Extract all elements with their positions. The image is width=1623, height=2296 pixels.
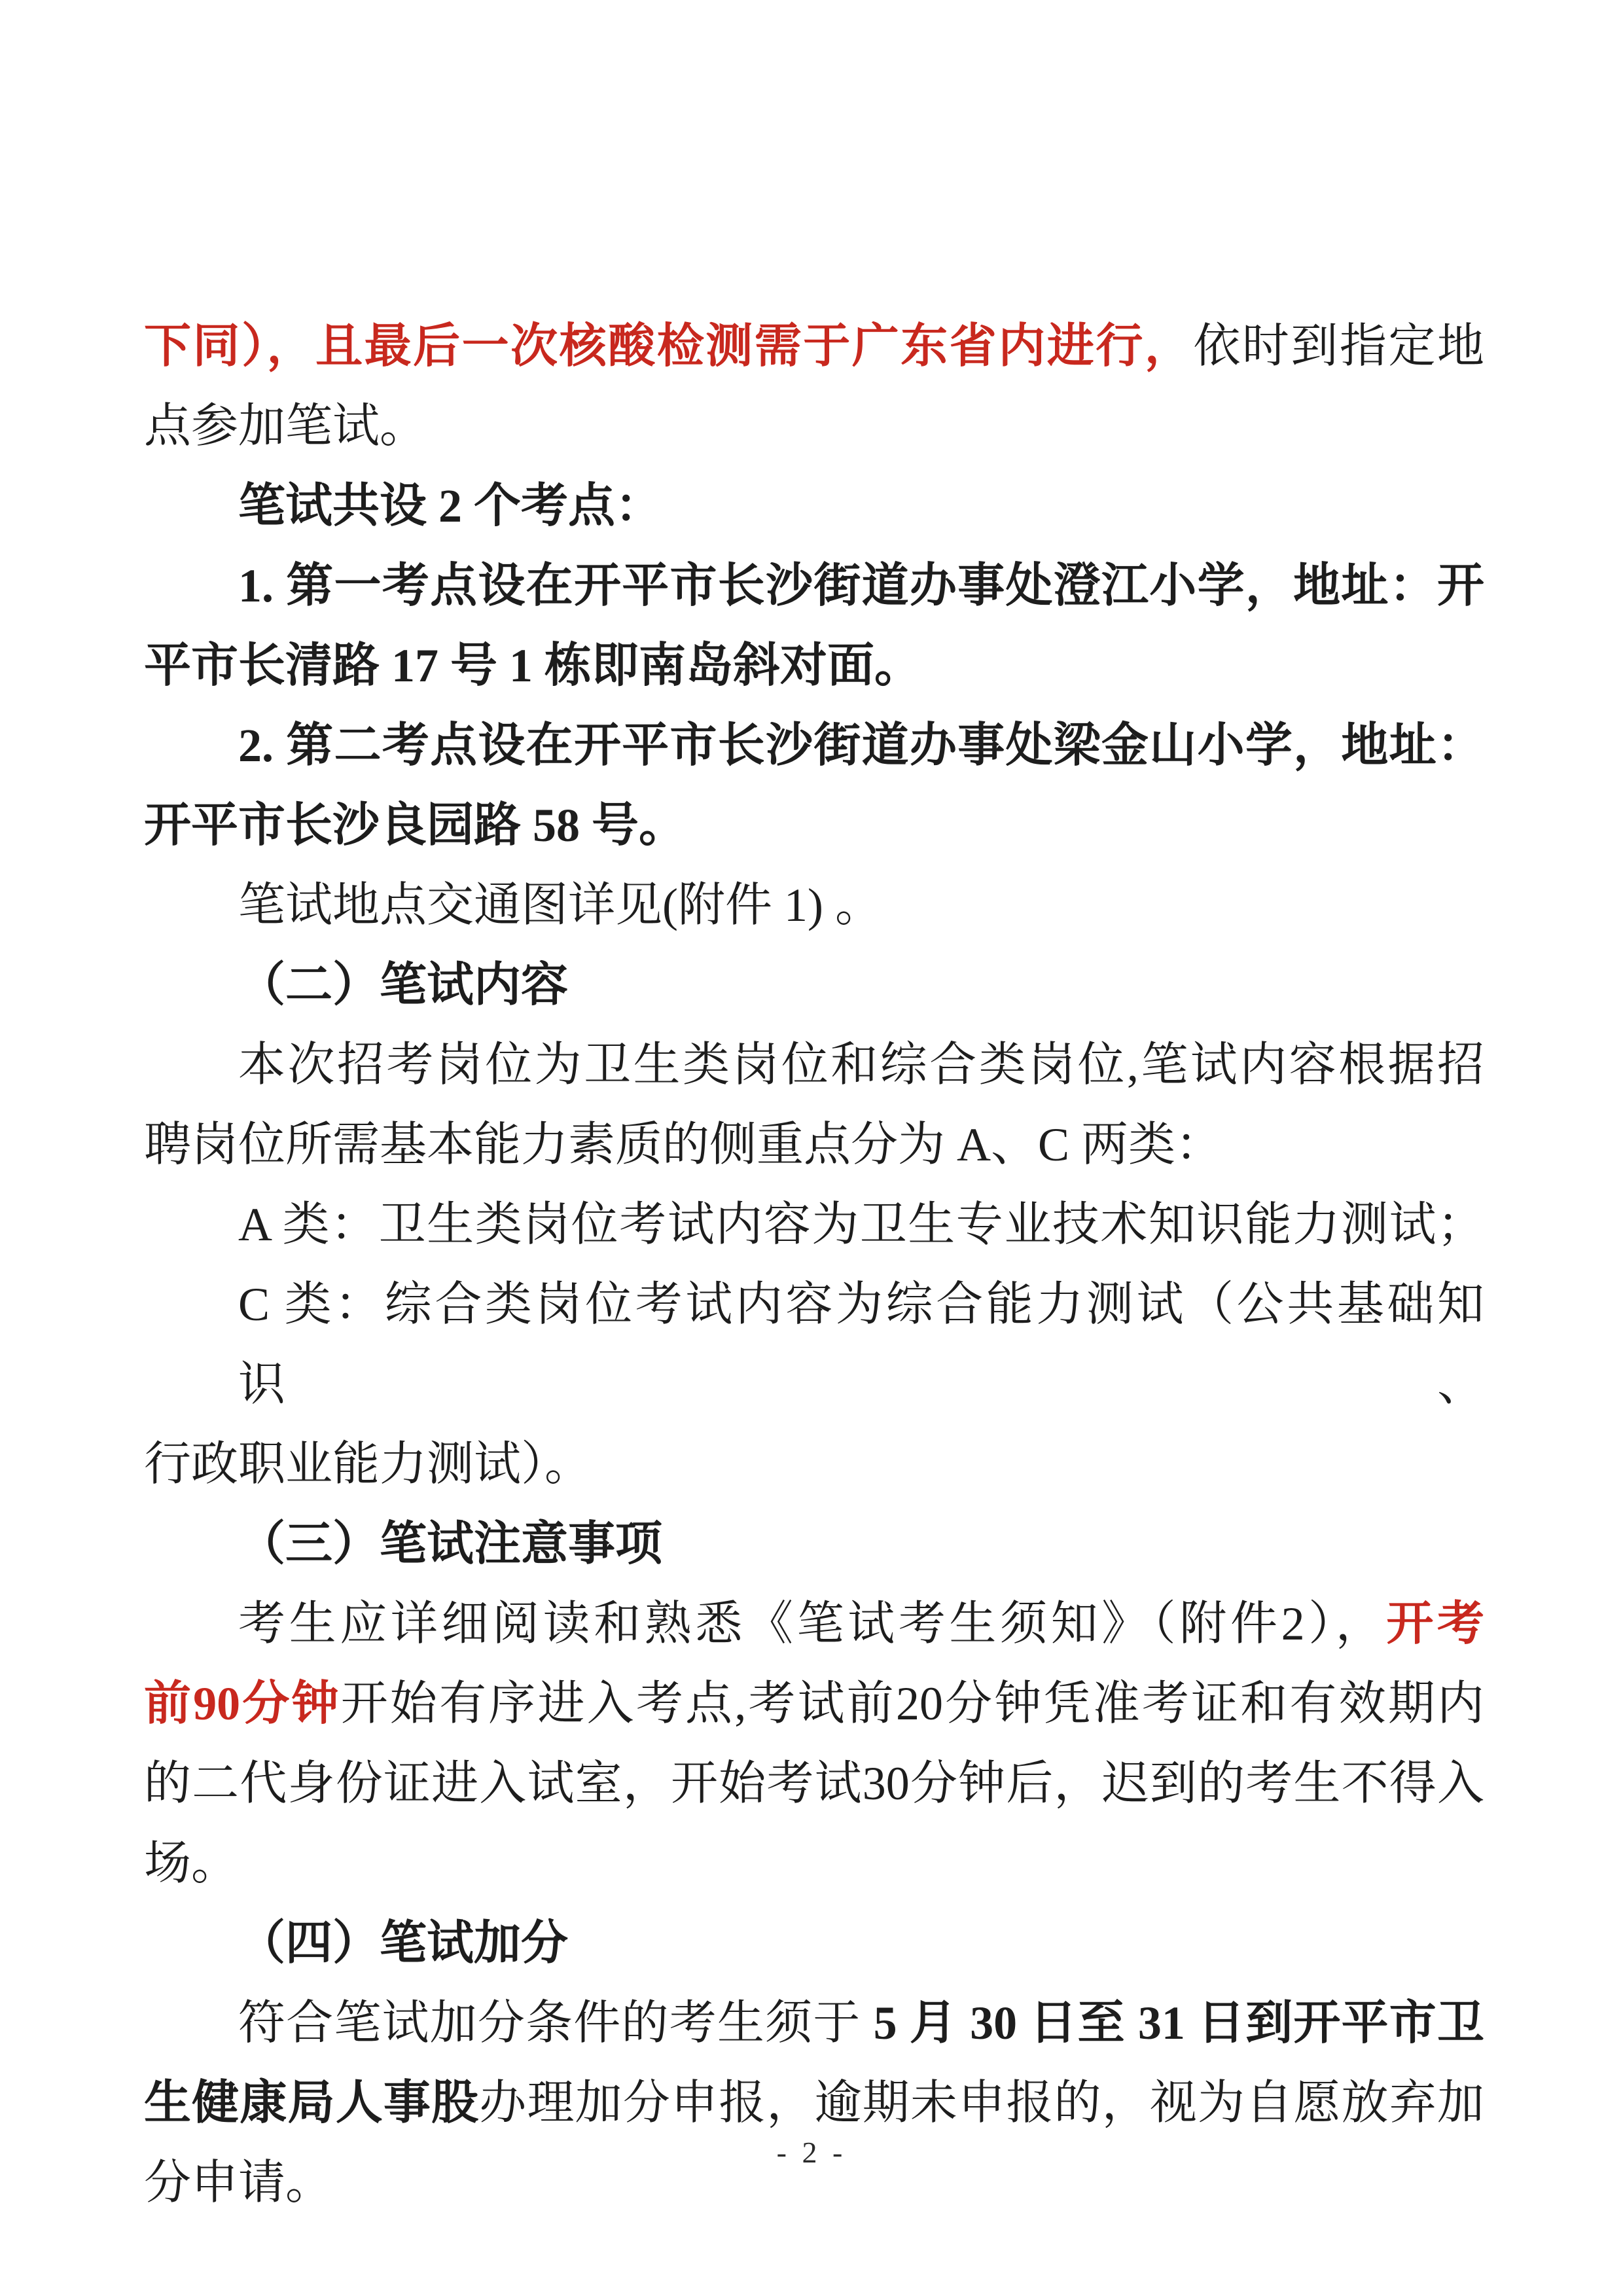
text-run: （二）笔试内容 [238,959,568,1011]
text-line: A 类：卫生类岗位考试内容为卫生专业技术知识能力测试； [144,1185,1484,1265]
text-run: （四）笔试加分 [238,1917,568,1969]
section-heading: （四）笔试加分 [144,1903,1484,1983]
text-run: （三）笔试注意事项 [238,1518,662,1570]
text-line: 1. 第一考点设在开平市长沙街道办事处澄江小学，地址：开 [144,546,1484,626]
text-run: 2. 第二考点设在开平市长沙街道办事处梁金山小学，地址： [238,719,1484,772]
text-run: 符合笔试加分条件的考生须于 [238,1997,874,2049]
section-heading: （三）笔试注意事项 [144,1504,1484,1584]
document-page: { "doc": { "lines": [ { "runs": [ { "t":… [0,0,1623,2296]
text-run: 本次招考岗位为卫生类岗位和综合类岗位,笔试内容根据招 [238,1039,1484,1091]
text-line: 的二代身份证进入试室，开始考试30分钟后，迟到的考生不得入 [144,1744,1484,1823]
text-line: 下同），且最后一次核酸检测需于广东省内进行，依时到指定地 [144,306,1484,386]
text-line: 符合笔试加分条件的考生须于 5 月 30 日至 31 日到开平市卫 [144,1983,1484,2063]
text-run: 1. 第一考点设在开平市长沙街道办事处澄江小学，地址：开 [238,560,1484,612]
text-line: C 类：综合类岗位考试内容为综合能力测试（公共基础知识、 [144,1265,1484,1424]
text-line: 平市长清路 17 号 1 栋即南岛斜对面。 [144,626,1484,706]
text-line: 行政职业能力测试）。 [144,1424,1484,1504]
section-heading: （二）笔试内容 [144,945,1484,1025]
text-run: 开平市长沙良园路 58 号。 [144,799,686,852]
text-line: 开平市长沙良园路 58 号。 [144,785,1484,865]
text-line: 考生应详细阅读和熟悉《笔试考生须知》（附件2），开考 [144,1584,1484,1664]
text-run: 笔试地点交通图详见(附件 1) 。 [238,879,882,931]
text-line: 场。 [144,1823,1484,1903]
page-number: - 2 - [0,2135,1623,2170]
text-run: 场。 [144,1837,238,1890]
text-run: 办理加分申报，逾期未申报的，视为自愿放弃加 [479,2077,1484,2129]
text-run: 生健康局人事股 [144,2077,479,2129]
text-run: 点参加笔试。 [144,400,427,452]
text-line: 笔试地点交通图详见(附件 1) 。 [144,865,1484,945]
text-run: 笔试共设 2 个考点： [238,480,662,532]
text-run-red: 下同），且最后一次核酸检测需于广东省内进行， [144,320,1193,372]
text-run: A 类：卫生类岗位考试内容为卫生专业技术知识能力测试； [238,1198,1484,1251]
text-run: 行政职业能力测试）。 [144,1438,592,1490]
text-run: C 类：综合类岗位考试内容为综合能力测试（公共基础知识、 [238,1278,1484,1410]
text-line: 笔试共设 2 个考点： [144,466,1484,546]
document-body: 下同），且最后一次核酸检测需于广东省内进行，依时到指定地 点参加笔试。 笔试共设… [144,306,1484,2223]
text-run: 考生应详细阅读和熟悉《笔试考生须知》（附件2）， [238,1598,1386,1650]
text-run: 的二代身份证进入试室，开始考试30分钟后，迟到的考生不得入 [144,1757,1484,1810]
text-run: 开始有序进入考点,考试前20分钟凭准考证和有效期内 [341,1677,1484,1730]
text-run: 平市长清路 17 号 1 栋即南岛斜对面。 [144,639,921,692]
text-run: 依时到指定地 [1193,320,1484,372]
text-line: 聘岗位所需基本能力素质的侧重点分为 A、C 两类： [144,1105,1484,1185]
text-run: 聘岗位所需基本能力素质的侧重点分为 A、C 两类： [144,1119,1222,1171]
text-line: 本次招考岗位为卫生类岗位和综合类岗位,笔试内容根据招 [144,1025,1484,1105]
text-run-red: 开考 [1386,1598,1484,1650]
text-run: 5 月 30 日至 31 日到开平市卫 [874,1997,1484,2049]
text-line: 生健康局人事股办理加分申报，逾期未申报的，视为自愿放弃加 [144,2063,1484,2143]
text-line: 前90分钟开始有序进入考点,考试前20分钟凭准考证和有效期内 [144,1664,1484,1744]
text-line: 点参加笔试。 [144,386,1484,466]
text-line: 2. 第二考点设在开平市长沙街道办事处梁金山小学，地址： [144,706,1484,785]
text-run-red: 前90分钟 [144,1677,341,1730]
